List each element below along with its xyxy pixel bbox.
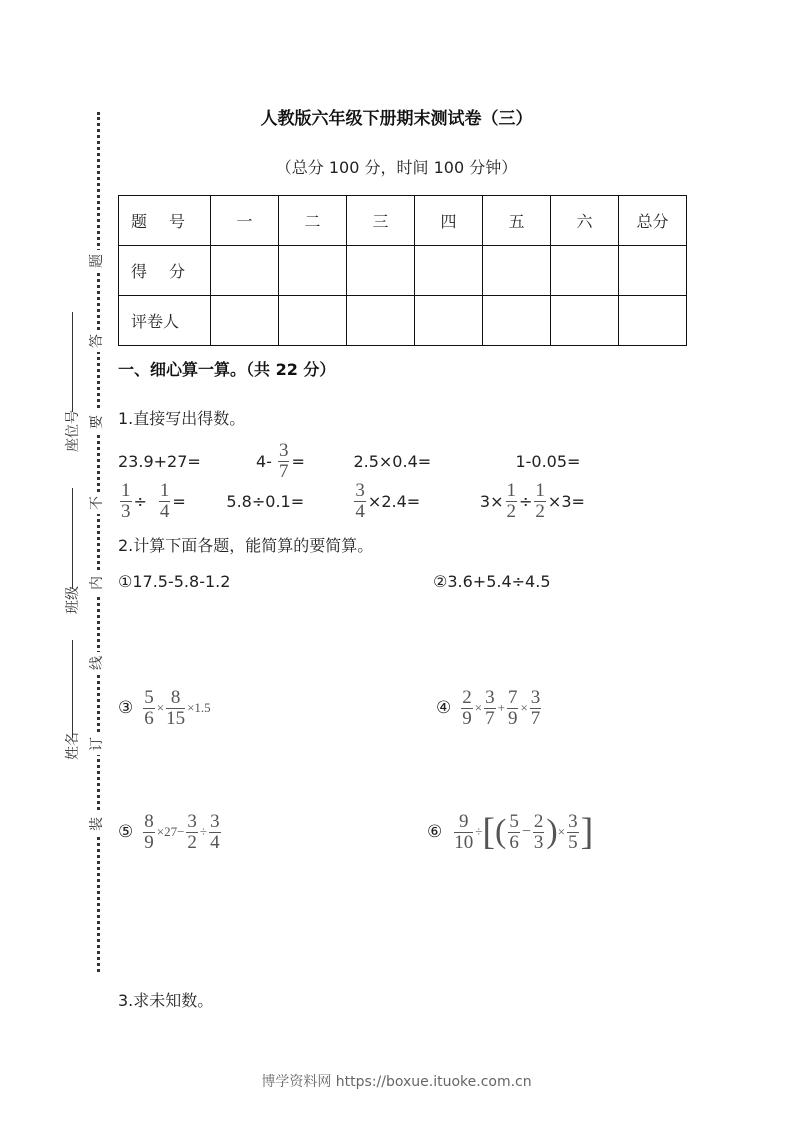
binding-char: 题 (86, 250, 108, 272)
fraction: 89 (143, 813, 155, 852)
seat-number-line[interactable] (72, 312, 73, 412)
column-header: 四 (415, 196, 483, 246)
fraction: 23 (533, 813, 545, 852)
grader-cell[interactable] (279, 296, 347, 346)
score-cell[interactable] (211, 246, 279, 296)
table-row: 得分 (119, 246, 687, 296)
row-header: 评卷人 (119, 296, 211, 346)
expression: 1-0.05= (515, 452, 580, 471)
fraction: 79 (507, 689, 519, 728)
name-line[interactable] (72, 640, 73, 738)
class-line[interactable] (72, 488, 73, 588)
item-marker: ⑤ (118, 822, 133, 842)
fraction: 815 (166, 689, 185, 728)
calc-item: ① 17.5-5.8-1.2 (118, 572, 230, 591)
score-cell[interactable] (551, 246, 619, 296)
fraction: 37 (530, 689, 542, 728)
item-marker: ① (118, 572, 132, 591)
grader-cell[interactable] (347, 296, 415, 346)
grader-cell[interactable] (483, 296, 551, 346)
binding-char: 订 (86, 733, 108, 755)
item-marker: ⑥ (427, 822, 442, 842)
binding-char: 线 (86, 652, 108, 674)
fraction: 37 (278, 442, 290, 481)
binding-dotted-line (97, 112, 100, 972)
fraction: 12 (506, 482, 518, 521)
column-header: 三 (347, 196, 415, 246)
column-header: 总分 (619, 196, 687, 246)
fraction: 35 (567, 813, 579, 852)
table-row: 评卷人 (119, 296, 687, 346)
row-header: 题号 (119, 196, 211, 246)
column-header: 六 (551, 196, 619, 246)
calc-item: ⑤ 89 ×27− 32 ÷ 34 (118, 812, 223, 852)
binding-char: 不 (86, 492, 108, 514)
grader-cell[interactable] (551, 296, 619, 346)
grader-cell[interactable] (619, 296, 687, 346)
fraction: 56 (508, 813, 520, 852)
fraction: 34 (209, 813, 221, 852)
section-heading: 一、细心算一算。（共 22 分） (118, 357, 335, 380)
calc-item: ⑥ 910 ÷ [ ( 56 − 23 ) × 35 ] (427, 812, 593, 852)
score-cell[interactable] (415, 246, 483, 296)
seat-number-label: 座位号 (62, 412, 82, 452)
column-header: 五 (483, 196, 551, 246)
expression: 23.9+27= (118, 452, 256, 471)
binding-char: 要 (86, 411, 108, 433)
table-row: 题号 一 二 三 四 五 六 总分 (119, 196, 687, 246)
oral-calc-row: 23.9+27= 4- 37 = 2.5×0.4= 1-0.05= (118, 446, 580, 476)
calc-item: ② 3.6+5.4÷4.5 (433, 572, 551, 591)
column-header: 二 (279, 196, 347, 246)
score-cell[interactable] (619, 246, 687, 296)
class-label: 班级 (62, 580, 82, 620)
expression: 3.6+5.4÷4.5 (447, 572, 550, 591)
page-subtitle: （总分 100 分，时间 100 分钟） (0, 155, 793, 178)
fraction: 12 (534, 482, 546, 521)
item-marker: ② (433, 572, 447, 591)
binding-char: 装 (86, 813, 108, 835)
question-title: 1.直接写出得数。 (118, 406, 245, 429)
column-header: 一 (211, 196, 279, 246)
item-marker: ③ (118, 698, 133, 718)
grader-cell[interactable] (211, 296, 279, 346)
expression-prefix: 4- (256, 452, 272, 471)
binding-char: 内 (86, 572, 108, 594)
expression: 17.5-5.8-1.2 (132, 572, 230, 591)
question-title: 3.求未知数。 (118, 988, 213, 1011)
question-title: 2.计算下面各题，能简算的要简算。 (118, 533, 373, 556)
grader-cell[interactable] (415, 296, 483, 346)
fraction: 14 (159, 482, 171, 521)
fraction: 910 (454, 813, 473, 852)
score-cell[interactable] (347, 246, 415, 296)
oral-calc-row: 13 ÷ 14 = 5.8÷0.1= 34 ×2.4= 3× 12 ÷ 12 ×… (118, 481, 585, 521)
binding-char: 答 (86, 330, 108, 352)
footer-watermark: 博学资料网 https://boxue.ituoke.com.cn (0, 1071, 793, 1091)
calc-item: ④ 29 × 37 + 79 × 37 (436, 688, 543, 728)
row-header: 得分 (119, 246, 211, 296)
fraction: 29 (461, 689, 473, 728)
item-marker: ④ (436, 698, 451, 718)
score-cell[interactable] (483, 246, 551, 296)
expression: 2.5×0.4= (353, 452, 515, 471)
calc-item: ③ 56 × 815 ×1.5 (118, 688, 211, 728)
score-table: 题号 一 二 三 四 五 六 总分 得分 评卷人 (118, 195, 687, 346)
fraction: 32 (186, 813, 198, 852)
fraction: 56 (143, 689, 155, 728)
fraction: 37 (484, 689, 496, 728)
expression: 5.8÷0.1= (226, 492, 352, 511)
name-label: 姓名 (62, 726, 82, 766)
page-title: 人教版六年级下册期末测试卷（三） (0, 104, 793, 129)
fraction: 34 (354, 482, 366, 521)
fraction: 13 (120, 482, 132, 521)
score-cell[interactable] (279, 246, 347, 296)
